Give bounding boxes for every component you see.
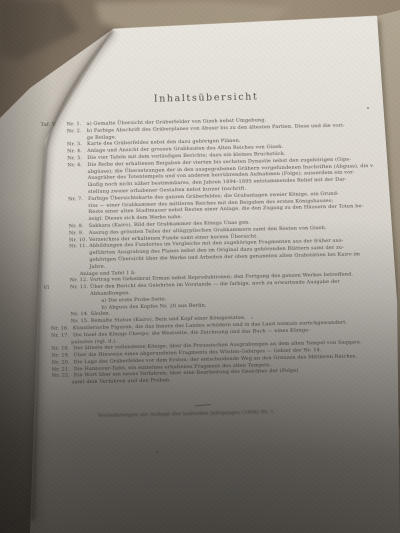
toc-lines: Taf. VNr. 1.a) Gemalte Übersicht der Grä… [41,115,378,387]
entry-text: Jahre. [90,263,106,269]
page-text: Inhaltsübersicht Taf. VNr. 1.a) Gemalte … [40,89,379,456]
entry-text: ge Beilage. [87,134,117,141]
entry-text: samt dem Verfahren und den Proben. [72,378,171,386]
entry-text: Säulen. [91,311,111,317]
book-photo: Inhaltsübersicht Taf. VNr. 1.a) Gemalte … [0,0,400,533]
entry-text: Abhandlungen. [90,290,130,297]
entry-text: palastes (vgl. d.). [71,338,117,345]
page-footnote: Veränderungen zur Auflage des laufenden … [40,407,357,420]
